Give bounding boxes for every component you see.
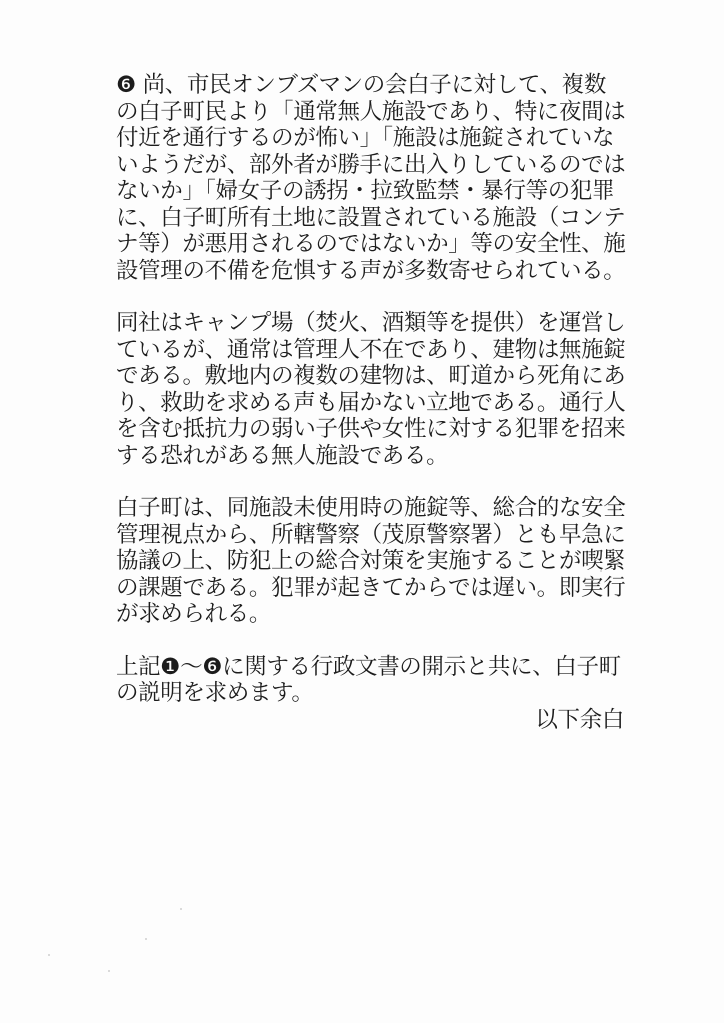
text-line: 同社はキャンプ場（焚火、酒類等を提供）を運営し <box>116 310 636 337</box>
paragraph-spacer <box>116 284 636 310</box>
text-line: ❻ 尚、市民オンブズマンの会白子に対して、複数 <box>116 72 636 99</box>
text-line: ているが、通常は管理人不在であり、建物は無施錠 <box>116 337 636 364</box>
paragraph-request: 上記❶～❻に関する行政文書の開示と共に、白子町 の説明を求めます。 以下余白 <box>116 654 636 734</box>
text-line: ナ等）が悪用されるのではないか」等の安全性、施 <box>116 231 636 258</box>
text-line: を含む抵抗力の弱い子供や女性に対する犯罪を招来 <box>116 416 636 443</box>
text-line: 協議の上、防犯上の総合対策を実施することが喫緊 <box>116 548 636 575</box>
paragraph-item-6: ❻ 尚、市民オンブズマンの会白子に対して、複数 の白子町民より「通常無人施設であ… <box>116 72 636 284</box>
text-line: 設管理の不備を危惧する声が多数寄せられている。 <box>116 258 636 285</box>
text-line: ないか」「婦女子の誘拐・拉致監禁・暴行等の犯罪 <box>116 178 636 205</box>
scan-speck <box>180 908 182 910</box>
scan-speck <box>48 954 50 956</box>
text-line: の白子町民より「通常無人施設であり、特に夜間は <box>116 99 636 126</box>
scan-speck <box>108 970 110 972</box>
text-line: の課題である。犯罪が起きてからでは遅い。即実行 <box>116 575 636 602</box>
paragraph-spacer <box>116 469 636 495</box>
text-line: り、救助を求める声も届かない立地である。通行人 <box>116 390 636 417</box>
text-line: する恐れがある無人施設である。 <box>116 443 636 470</box>
text-line: いようだが、部外者が勝手に出入りしているのでは <box>116 152 636 179</box>
text-line: である。敷地内の複数の建物は、町道から死角にあ <box>116 363 636 390</box>
paragraph-spacer <box>116 628 636 654</box>
text-line: 上記❶～❻に関する行政文書の開示と共に、白子町 <box>116 654 636 681</box>
text-line: 付近を通行するのが怖い」「施設は施錠されていな <box>116 125 636 152</box>
document-page: ❻ 尚、市民オンブズマンの会白子に対して、複数 の白子町民より「通常無人施設であ… <box>0 0 724 1023</box>
paragraph-town-action: 白子町は、同施設未使用時の施錠等、総合的な安全 管理視点から、所轄警察（茂原警察… <box>116 495 636 628</box>
scan-speck <box>600 570 602 572</box>
text-line: 白子町は、同施設未使用時の施錠等、総合的な安全 <box>116 495 636 522</box>
scan-speck <box>145 938 147 940</box>
text-line: が求められる。 <box>116 601 636 628</box>
closing-remark: 以下余白 <box>116 707 636 734</box>
document-body: ❻ 尚、市民オンブズマンの会白子に対して、複数 の白子町民より「通常無人施設であ… <box>116 72 636 733</box>
paragraph-company-camp: 同社はキャンプ場（焚火、酒類等を提供）を運営し ているが、通常は管理人不在であり… <box>116 310 636 469</box>
text-line: 管理視点から、所轄警察（茂原警察署）とも早急に <box>116 522 636 549</box>
text-line: の説明を求めます。 <box>116 680 636 707</box>
scan-speck <box>440 404 442 406</box>
text-line: に、白子町所有土地に設置されている施設（コンテ <box>116 205 636 232</box>
